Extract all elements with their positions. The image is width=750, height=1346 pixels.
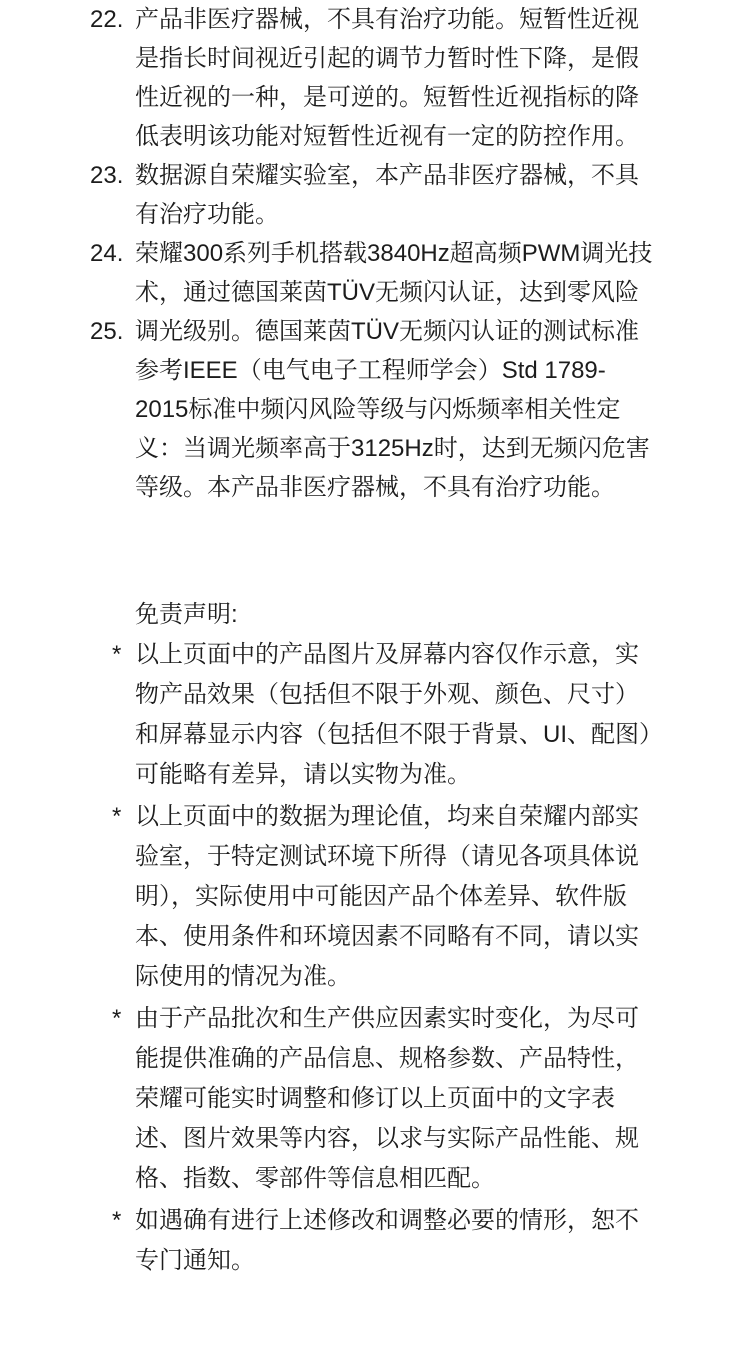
footnote-item-23: 23. 数据源自荣耀实验室，本产品非医疗器械，不具有治疗功能。 (90, 156, 750, 234)
footnote-number: 25. (90, 312, 135, 351)
footnote-item-22: 22. 产品非医疗器械，不具有治疗功能。短暂性近视是指长时间视近引起的调节力暂时… (90, 0, 750, 156)
footnotes-list: 22. 产品非医疗器械，不具有治疗功能。短暂性近视是指长时间视近引起的调节力暂时… (0, 0, 750, 507)
disclaimer-item: * 以上页面中的数据为理论值，均来自荣耀内部实验室，于特定测试环境下所得（请见各… (0, 797, 750, 997)
footnote-number: 23. (90, 156, 135, 195)
disclaimer-item: * 由于产品批次和生产供应因素实时变化，为尽可能提供准确的产品信息、规格参数、产… (0, 999, 750, 1199)
disclaimer-text: 以上页面中的产品图片及屏幕内容仅作示意，实物产品效果（包括但不限于外观、颜色、尺… (135, 635, 655, 795)
disclaimer-text: 以上页面中的数据为理论值，均来自荣耀内部实验室，于特定测试环境下所得（请见各项具… (135, 797, 655, 997)
disclaimer-item: * 如遇确有进行上述修改和调整必要的情形，恕不专门通知。 (0, 1201, 750, 1281)
footnote-text: 产品非医疗器械，不具有治疗功能。短暂性近视是指长时间视近引起的调节力暂时性下降，… (135, 0, 655, 156)
disclaimer-text: 如遇确有进行上述修改和调整必要的情形，恕不专门通知。 (135, 1201, 655, 1281)
asterisk-marker: * (112, 1201, 121, 1241)
disclaimer-text: 由于产品批次和生产供应因素实时变化，为尽可能提供准确的产品信息、规格参数、产品特… (135, 999, 655, 1199)
footnote-item-25: 25. 调光级别。德国莱茵TÜV无频闪认证的测试标准参考IEEE（电气电子工程师… (90, 312, 750, 507)
footnote-number: 22. (90, 0, 135, 39)
disclaimer-heading: 免责声明: (0, 595, 750, 635)
footnote-text: 荣耀300系列手机搭载3840Hz超高频PWM调光技术，通过德国莱茵TÜV无频闪… (135, 234, 655, 312)
disclaimer-item: * 以上页面中的产品图片及屏幕内容仅作示意，实物产品效果（包括但不限于外观、颜色… (0, 635, 750, 795)
asterisk-marker: * (112, 797, 121, 837)
footnote-text: 数据源自荣耀实验室，本产品非医疗器械，不具有治疗功能。 (135, 156, 655, 234)
disclaimer-section: 免责声明: * 以上页面中的产品图片及屏幕内容仅作示意，实物产品效果（包括但不限… (0, 595, 750, 1281)
footnote-number: 24. (90, 234, 135, 273)
asterisk-marker: * (112, 999, 121, 1039)
footnote-item-24: 24. 荣耀300系列手机搭载3840Hz超高频PWM调光技术，通过德国莱茵TÜ… (90, 234, 750, 312)
product-disclaimer-page: 22. 产品非医疗器械，不具有治疗功能。短暂性近视是指长时间视近引起的调节力暂时… (0, 0, 750, 1346)
asterisk-marker: * (112, 635, 121, 675)
footnote-text: 调光级别。德国莱茵TÜV无频闪认证的测试标准参考IEEE（电气电子工程师学会）S… (135, 312, 655, 507)
